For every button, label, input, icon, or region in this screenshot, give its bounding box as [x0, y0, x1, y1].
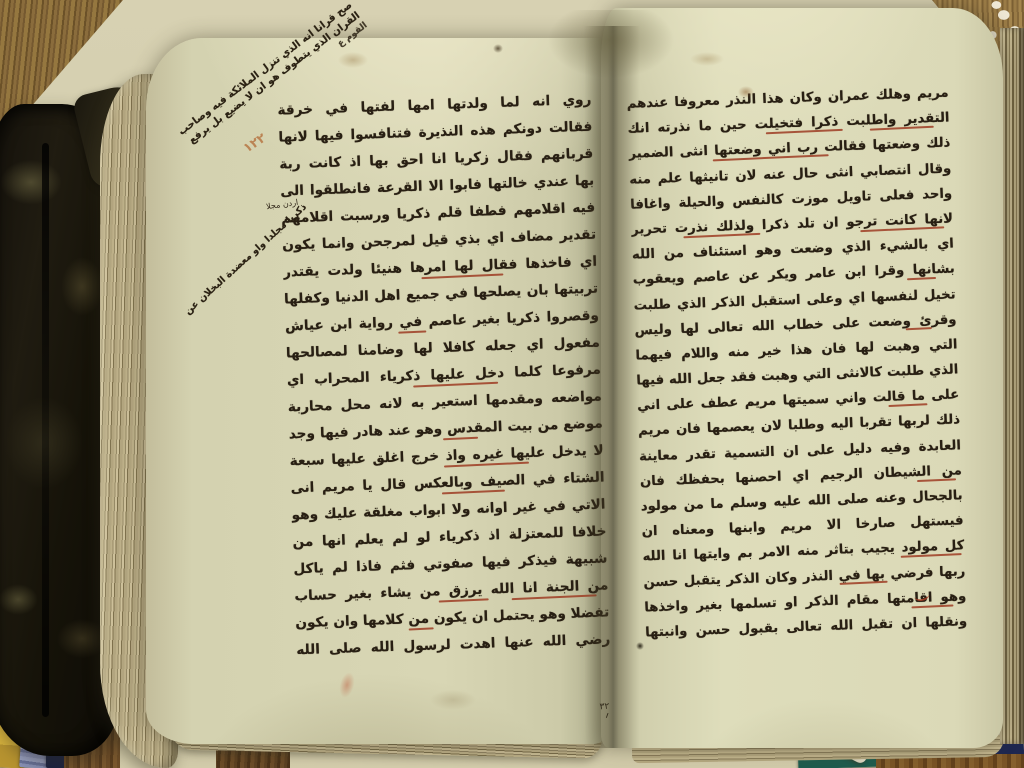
manuscript-line-text: ونقلها ان تقبل الله تعالى بقبول حسن وانب… [645, 614, 968, 645]
page-fore-edge-right [1000, 28, 1024, 744]
quire-mark: ٣٢ ؍ [599, 703, 610, 722]
left-page-text: روي انه لما ولدتها امها لفتها في خرقة وح… [277, 87, 611, 673]
manuscript-photo: روي انه لما ولدتها امها لفتها في خرقة وح… [0, 0, 1024, 768]
red-underline-mark [409, 627, 434, 631]
red-underline-mark [905, 328, 931, 332]
manuscript-line-text: رضي الله عنها اهدت لرسول الله صلى الله ع… [296, 631, 611, 664]
red-underline-mark [840, 581, 888, 586]
red-underline-mark [398, 330, 426, 334]
right-page-text: مريم وهلك عمران وكان هذا النذر معروفا عن… [626, 81, 967, 652]
red-underline-mark [889, 403, 928, 407]
red-underline-mark [907, 277, 936, 281]
